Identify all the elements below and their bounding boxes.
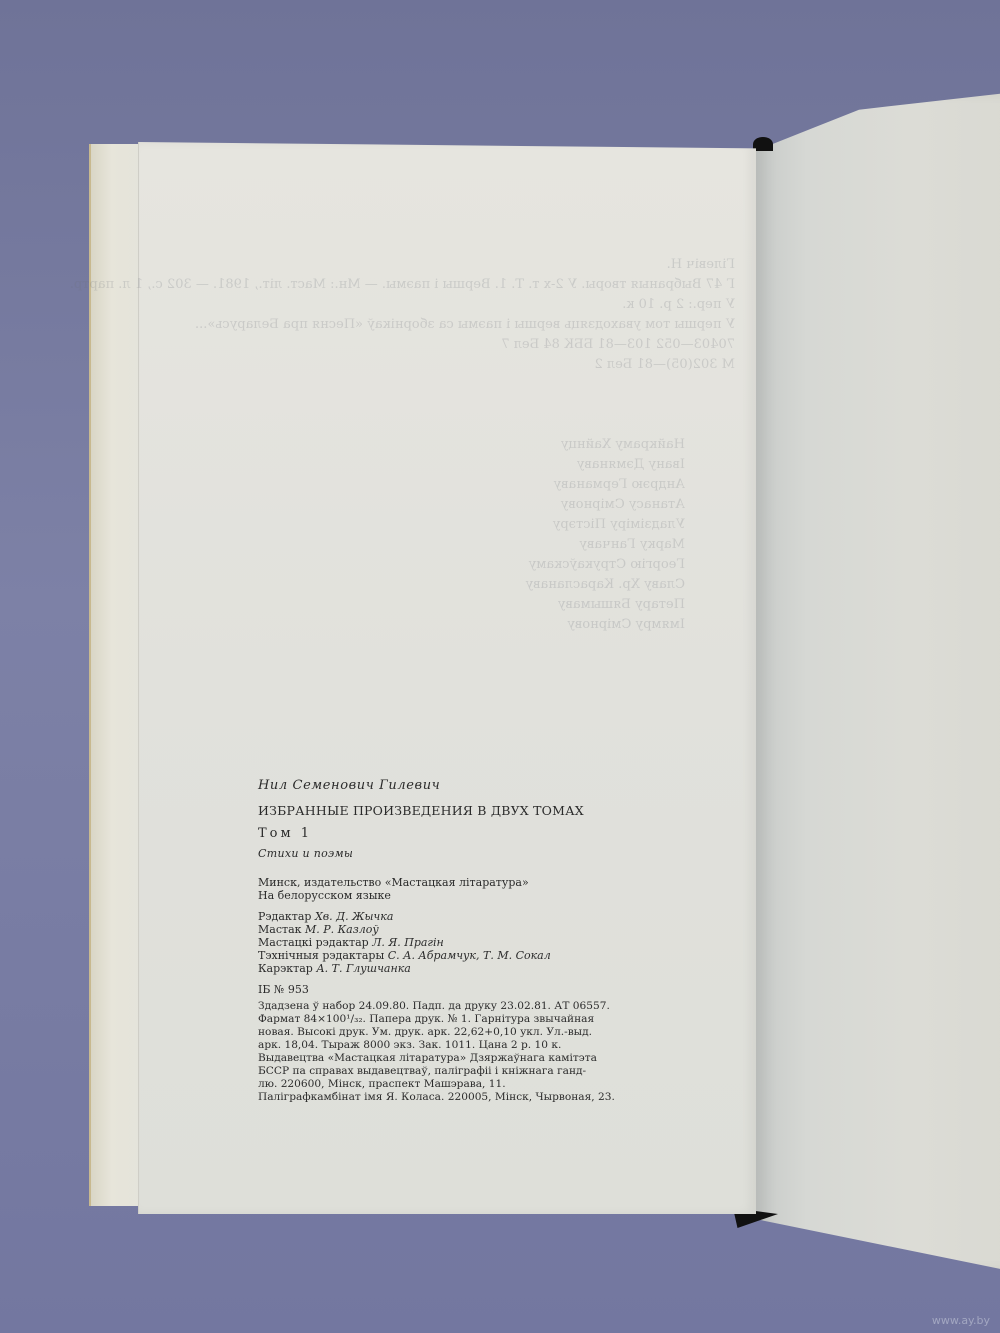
site-watermark: www.ay.by <box>932 1314 990 1327</box>
details-line: новая. Высокі друк. Ум. друк. арк. 22,62… <box>258 1026 698 1039</box>
language-line: На белорусском языке <box>258 889 708 902</box>
credit-line: Мастацкі рэдактар Л. Я. Прагін <box>258 936 708 949</box>
details-line: Здадзена ў набор 24.09.80. Падп. да друк… <box>258 1000 698 1013</box>
flyleaf-strip <box>89 144 143 1206</box>
details-line: лю. 220600, Мінск, праспект Машэрава, 11… <box>258 1078 698 1091</box>
author-name: Нил Семенович Гилевич <box>258 778 708 793</box>
credit-line: Карэктар А. Т. Глушчанка <box>258 962 708 975</box>
details-line: Фармат 84×100¹/₃₂. Папера друк. № 1. Гар… <box>258 1013 698 1026</box>
credit-line: Рэдактар Хв. Д. Жычка <box>258 910 708 923</box>
spine-top <box>753 137 773 151</box>
publisher-line: Минск, издательство «Мастацкая літаратур… <box>258 876 708 889</box>
right-page <box>755 92 1000 1272</box>
imprint-block: Нил Семенович Гилевич ИЗБРАННЫЕ ПРОИЗВЕД… <box>258 778 708 1104</box>
details-line: Выдавецтва «Мастацкая літаратура» Дзяржа… <box>258 1052 698 1065</box>
publisher-info: Минск, издательство «Мастацкая літаратур… <box>258 876 708 902</box>
volume-subtitle: Стихи и поэмы <box>258 847 708 860</box>
credit-line: Тэхнічныя рэдактары С. А. Абрамчук, Т. М… <box>258 949 708 962</box>
credits: Рэдактар Хв. Д. Жычка Мастак М. Р. Казло… <box>258 910 708 975</box>
ib-number: ІБ № 953 <box>258 983 708 996</box>
details-line: арк. 18,04. Тыраж 8000 экз. Зак. 1011. Ц… <box>258 1039 698 1052</box>
printing-details: Здадзена ў набор 24.09.80. Падп. да друк… <box>258 1000 698 1104</box>
book-photo: Гілевіч Н. Г 47 Выбраныя творы. У 2-х т.… <box>0 0 1000 1333</box>
volume-label: Том 1 <box>258 826 708 841</box>
work-title: ИЗБРАННЫЕ ПРОИЗВЕДЕНИЯ В ДВУХ ТОМАХ <box>258 803 708 818</box>
credit-line: Мастак М. Р. Казлоў <box>258 923 708 936</box>
details-line: БССР па справах выдавецтваў, паліграфіі … <box>258 1065 698 1078</box>
details-line: Паліграфкамбінат імя Я. Коласа. 220005, … <box>258 1091 698 1104</box>
